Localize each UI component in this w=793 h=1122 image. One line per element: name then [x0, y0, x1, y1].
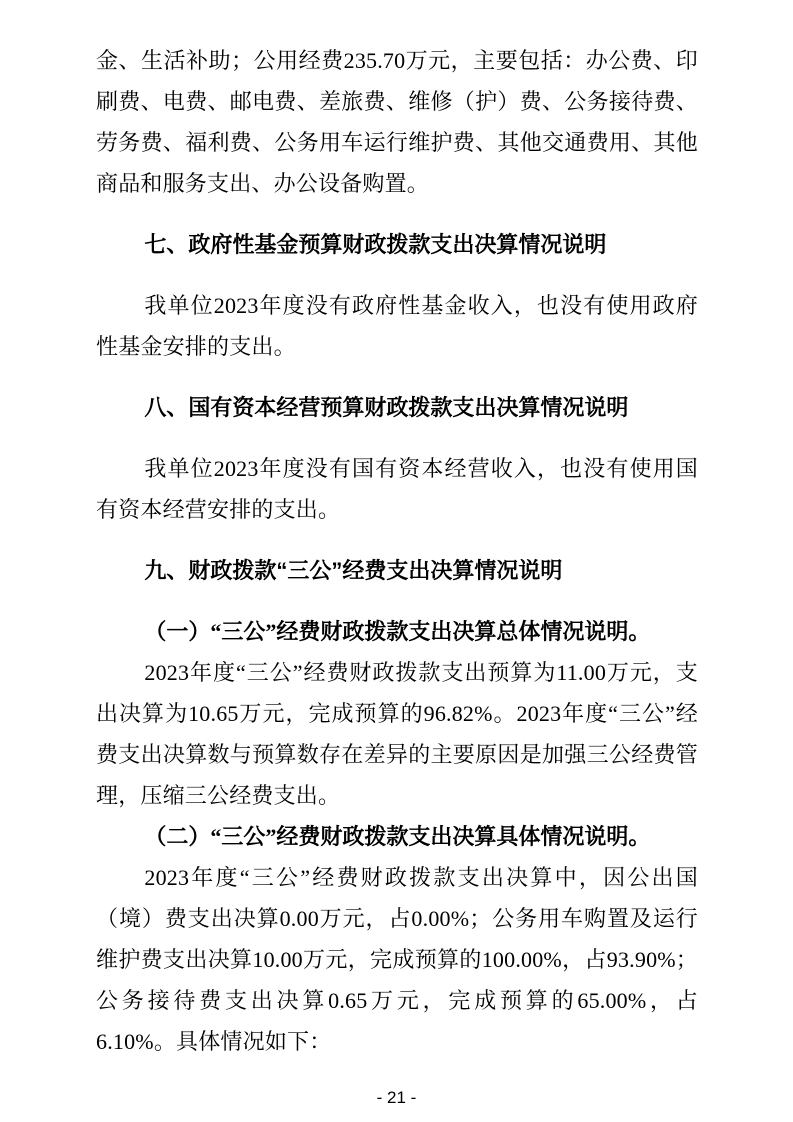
document-page: 金、生活补助；公用经费235.70万元，主要包括：办公费、印刷费、电费、邮电费、… — [0, 0, 793, 1122]
section-8-paragraph: 我单位2023年度没有国有资本经营收入，也没有使用国有资本经营安排的支出。 — [96, 448, 698, 530]
section-9-sub2-paragraph: 2023年度“三公”经费财政拨款支出决算中，因公出国（境）费支出决算0.00万元… — [96, 857, 698, 1062]
section-9-sub1-heading: （一）“三公”经费财政拨款支出决算总体情况说明。 — [96, 611, 698, 652]
section-7-heading: 七、政府性基金预算财政拨款支出决算情况说明 — [96, 224, 698, 265]
section-7-paragraph: 我单位2023年度没有政府性基金收入，也没有使用政府性基金安排的支出。 — [96, 285, 698, 367]
continuation-paragraph: 金、生活补助；公用经费235.70万元，主要包括：办公费、印刷费、电费、邮电费、… — [96, 40, 698, 204]
section-9-sub1-paragraph: 2023年度“三公”经费财政拨款支出预算为11.00万元，支出决算为10.65万… — [96, 652, 698, 816]
section-8-heading: 八、国有资本经营预算财政拨款支出决算情况说明 — [96, 387, 698, 428]
page-number: - 21 - — [0, 1088, 793, 1108]
section-9-heading: 九、财政拨款“三公”经费支出决算情况说明 — [96, 550, 698, 591]
section-9-sub2-heading: （二）“三公”经费财政拨款支出决算具体情况说明。 — [96, 816, 698, 857]
